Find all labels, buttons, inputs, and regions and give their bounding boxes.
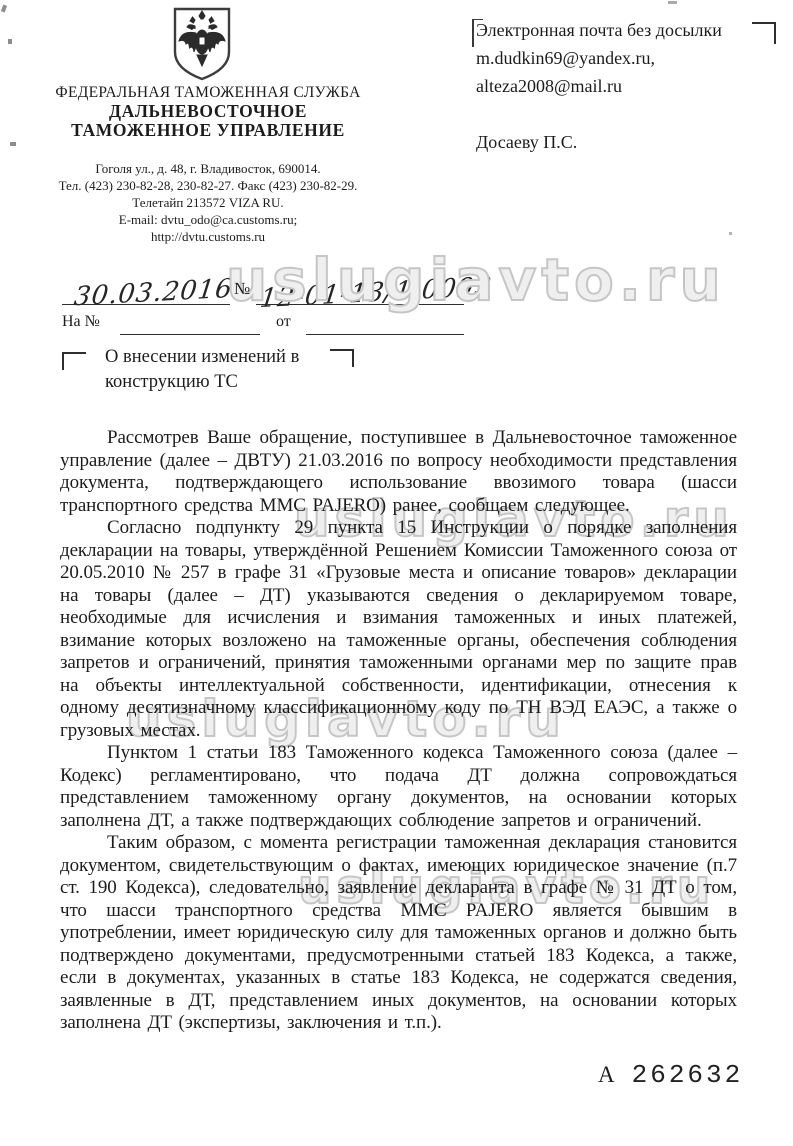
form-serial-stamp: А262632: [598, 1060, 743, 1090]
scanned-letter-page: uslugiavto.ru uslugiavto.ru uslugiavto.r…: [0, 0, 793, 1146]
body-paragraph: Пунктом 1 статьи 183 Таможенного кодекса…: [60, 742, 737, 832]
scan-artifact: [1, 5, 7, 13]
outgoing-date-line: 30.03.2016: [62, 272, 230, 305]
letterhead-contacts: Гоголя ул., д. 48, г. Владивосток, 69001…: [28, 160, 388, 245]
recipient-block: Электронная почта без досылки m.dudkin69…: [476, 16, 756, 156]
department-name-line1: ДАЛЬНЕВОСТОЧНОЕ: [28, 102, 388, 121]
agency-name: ФЕДЕРАЛЬНАЯ ТАМОЖЕННАЯ СЛУЖБА: [28, 84, 388, 102]
body-paragraph: Рассмотрев Ваше обращение, поступившее в…: [60, 427, 737, 517]
russia-coat-of-arms-icon: [170, 6, 234, 82]
letter-body: Рассмотрев Ваше обращение, поступившее в…: [60, 427, 737, 1035]
body-paragraph: Таким образом, с момента регистрации там…: [60, 832, 737, 1035]
scan-artifact: [668, 1, 677, 4]
body-paragraph: Согласно подпункту 29 пункта 15 Инструкц…: [60, 517, 737, 742]
watermark-text: uslugiavto.ru: [226, 246, 726, 314]
delivery-note: Электронная почта без досылки: [476, 16, 756, 44]
number-sign: №: [234, 279, 250, 299]
recipient-name: Досаеву П.С.: [476, 128, 756, 156]
email-line: E-mail: dvtu_odo@ca.customs.ru;: [28, 211, 388, 228]
recipient-email: m.dudkin69@yandex.ru,: [476, 44, 756, 72]
stamp-number: 262632: [632, 1060, 744, 1090]
subject-line1: О внесении изменений в: [105, 345, 340, 370]
scan-artifact: [10, 142, 16, 146]
reply-date-line: [306, 314, 464, 335]
recipient-email: alteza2008@mail.ru: [476, 72, 756, 100]
reply-from-label: от: [276, 313, 291, 331]
website-line: http://dvtu.customs.ru: [28, 228, 388, 245]
reply-number-line: [120, 314, 260, 335]
subject-corner-mark-left: [62, 352, 86, 370]
teletype-line: Телетайп 213572 VIZA RU.: [28, 194, 388, 211]
department-name-line2: ТАМОЖЕННОЕ УПРАВЛЕНИЕ: [28, 121, 388, 140]
address-line: Гоголя ул., д. 48, г. Владивосток, 69001…: [28, 160, 388, 177]
phone-line: Тел. (423) 230-82-28, 230-82-27. Факс (4…: [28, 177, 388, 194]
scan-artifact: [8, 39, 12, 44]
subject-block: О внесении изменений в конструкцию ТС: [105, 345, 340, 395]
subject-line2: конструкцию ТС: [105, 370, 340, 395]
stamp-series-letter: А: [598, 1062, 616, 1087]
letterhead-org-block: ФЕДЕРАЛЬНАЯ ТАМОЖЕННАЯ СЛУЖБА ДАЛЬНЕВОСТ…: [28, 84, 388, 140]
reply-to-label: На №: [62, 313, 100, 331]
scan-artifact: [729, 232, 732, 235]
handwritten-date: 30.03.2016: [72, 274, 234, 313]
